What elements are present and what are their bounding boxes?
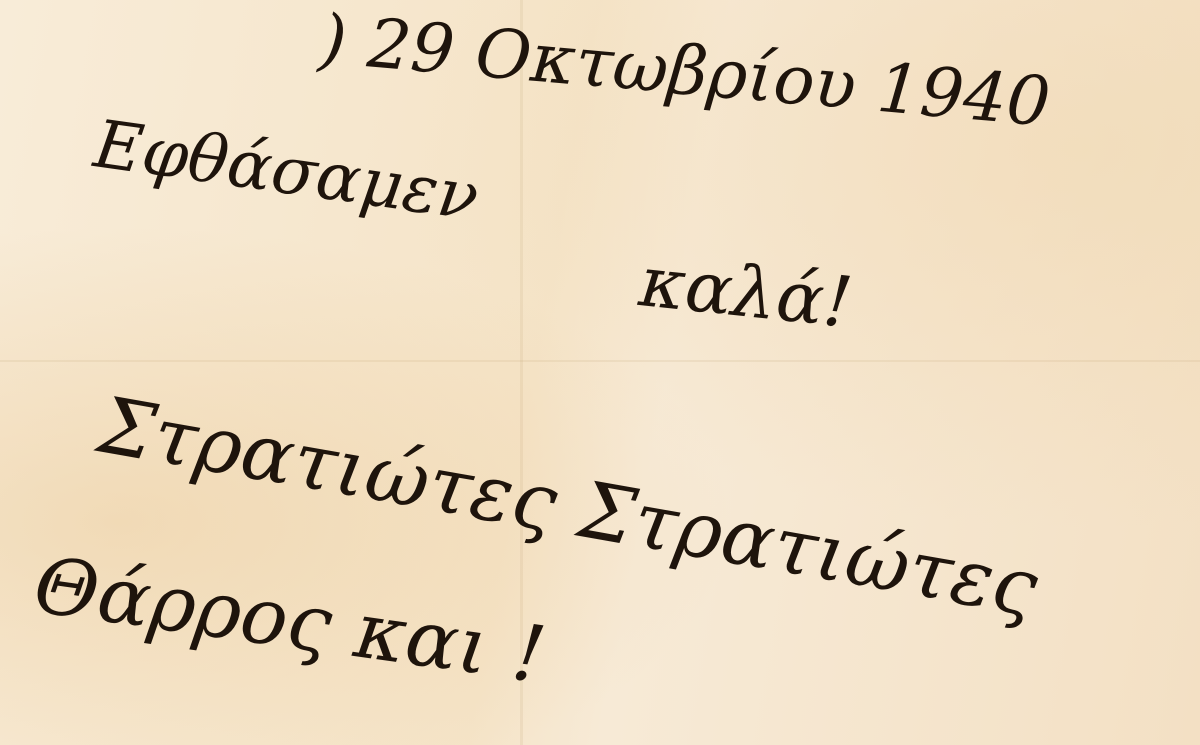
date-line: ) 29 Οκτωβρίου 1940 xyxy=(317,0,1054,143)
line-courage: Θάρρος και ! xyxy=(29,540,551,701)
line-arrived: Εφθάσαμεν xyxy=(90,105,484,235)
handwritten-letter: ) 29 Οκτωβρίου 1940 Εφθάσαμεν καλά! Στρα… xyxy=(0,0,1200,745)
paper-fold xyxy=(0,360,1200,362)
line-well: καλά! xyxy=(636,240,856,344)
